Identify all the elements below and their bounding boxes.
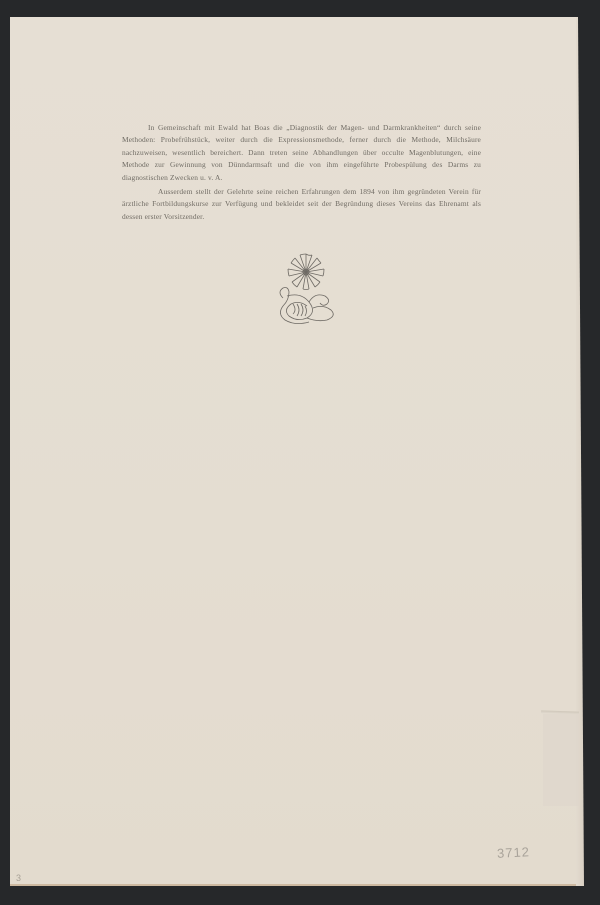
floral-monogram-ornament-icon <box>271 250 341 326</box>
corner-mark: 3 <box>16 873 21 883</box>
archive-number: 3712 <box>497 844 531 861</box>
paper-repair-patch <box>543 714 579 806</box>
paragraph-2: Ausserdem stellt der Gelehrte seine reic… <box>122 186 481 223</box>
paragraph-1: In Gemeinschaft mit Ewald hat Boas die „… <box>122 122 481 184</box>
body-text: In Gemeinschaft mit Ewald hat Boas die „… <box>122 122 481 223</box>
